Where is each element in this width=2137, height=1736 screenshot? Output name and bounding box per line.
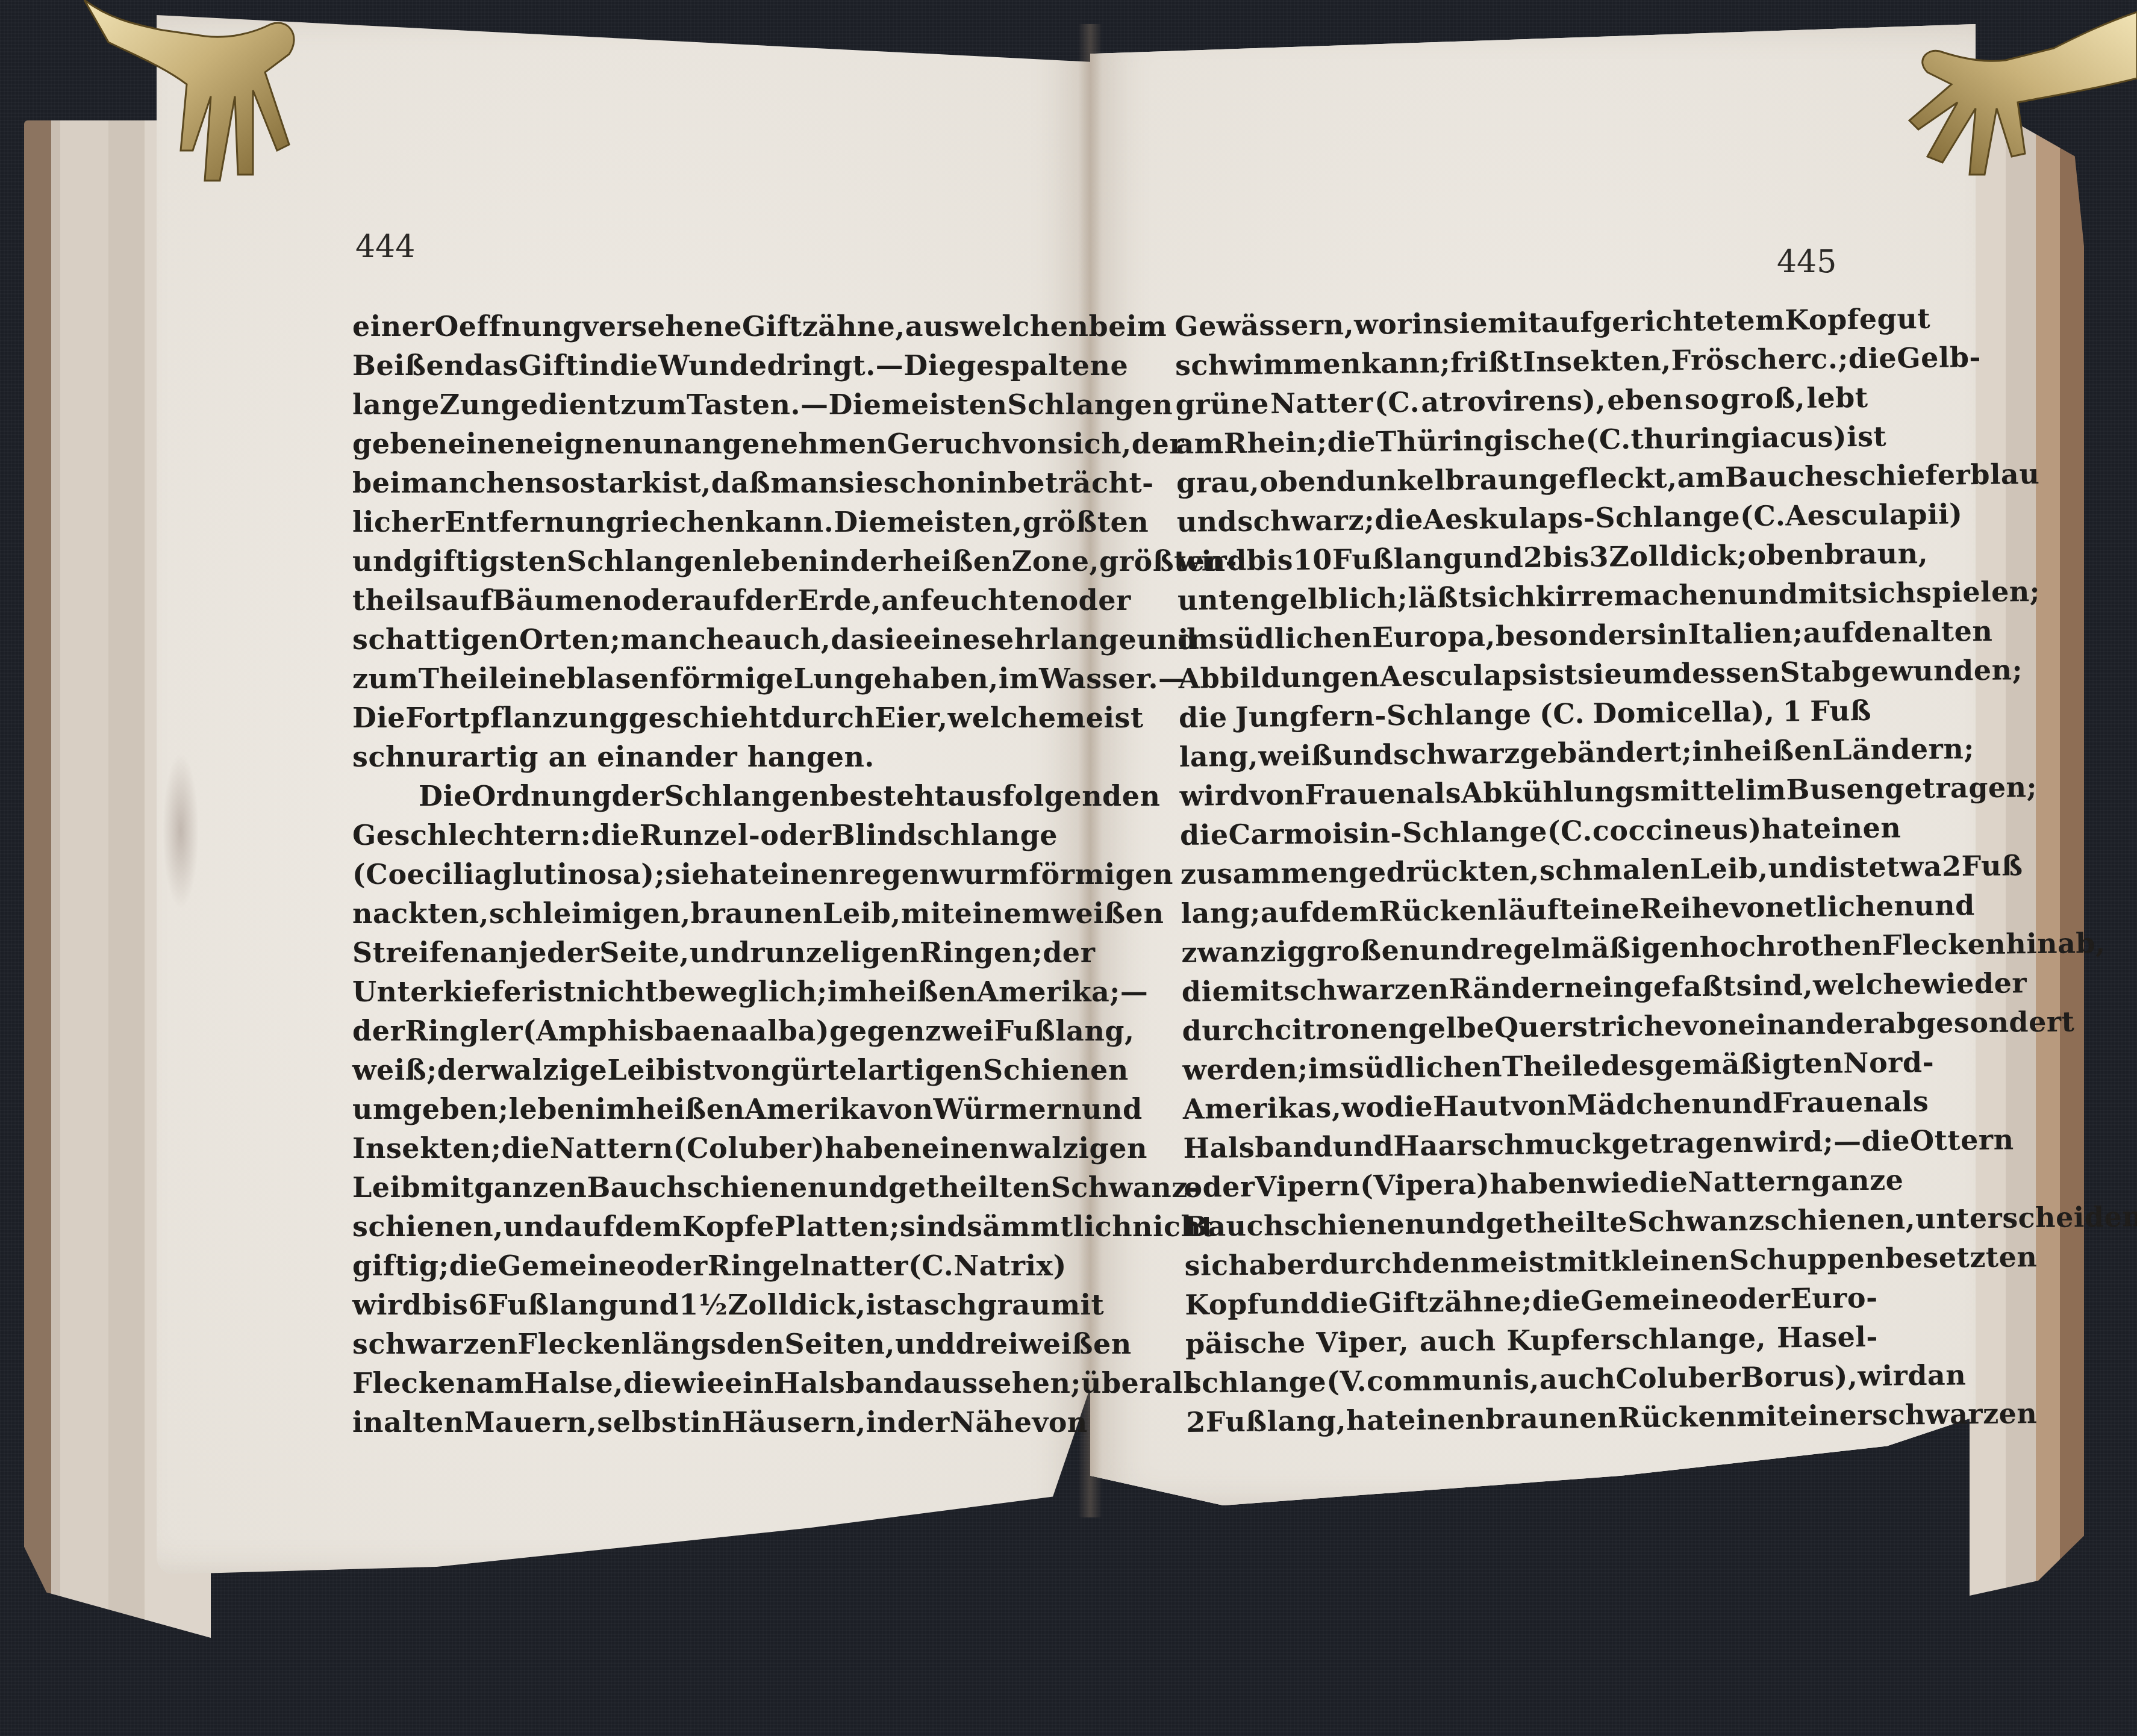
- text-line: DieFortpflanzunggeschiehtdurchEier,welch…: [352, 698, 1045, 738]
- text-line: DieOrdnungderSchlangenbestehtausfolgende…: [352, 777, 1045, 816]
- left-page-number: 444: [355, 229, 415, 265]
- text-line: (Coeciliaglutinosa);siehateinenregenwurm…: [352, 855, 1045, 894]
- text-line: schwarzenFleckenlängsdenSeiten,unddreiwe…: [352, 1325, 1045, 1364]
- text-line: BeißendasGiftindieWundedringt.—Diegespal…: [352, 346, 1045, 385]
- text-line: FleckenamHalse,diewieeinHalsbandaussehen…: [352, 1364, 1045, 1403]
- text-line: lang;aufdemRückenläufteineReihevonetlich…: [1181, 887, 1874, 933]
- text-line: undschwarz;dieAeskulaps-Schlange(C.Aescu…: [1176, 496, 1870, 542]
- text-line: zwanziggroßenundregelmäßigenhochrothenFl…: [1181, 926, 1874, 972]
- text-line: oderVipern(Vipera)habenwiedieNatternganz…: [1184, 1161, 1877, 1207]
- text-line: sichaberdurchdenmeistmitkleinenSchuppenb…: [1184, 1239, 1877, 1286]
- text-line: schattigenOrten;mancheauch,dasieeinesehr…: [352, 620, 1045, 659]
- text-line: HalsbandundHaarschmuckgetragenwird;—dieO…: [1183, 1122, 1876, 1168]
- text-line: werden;imsüdlichenTheiledesgemäßigtenNor…: [1182, 1044, 1876, 1090]
- text-line: dieJungfern-Schlange(C.Domicella),1Fuß: [1179, 691, 1872, 738]
- text-line: StreifenanjederSeite,undrunzeligenRingen…: [352, 933, 1045, 972]
- text-line: amRhein;dieThüringische(C.thuringiacus)i…: [1176, 417, 1869, 464]
- left-page-text: einerOeffnungverseheneGiftzähne,auswelch…: [352, 307, 1045, 1442]
- right-page-text: Gewässern,worinsiemitaufgerichtetemKopfe…: [1175, 300, 1879, 1442]
- text-line: derRingler(Amphisbaenaalba)gegenzweiFußl…: [352, 1012, 1045, 1051]
- text-line: schnurartig an einander hangen.: [352, 738, 1045, 777]
- text-line: KopfunddieGiftzähne;dieGemeineoderEuro-: [1185, 1278, 1878, 1325]
- text-line: einerOeffnungverseheneGiftzähne,auswelch…: [352, 307, 1045, 346]
- text-line: wirdbis10Fußlangund2bis3Zolldick;obenbra…: [1177, 535, 1870, 581]
- text-line: undgiftigstenSchlangenlebeninderheißenZo…: [352, 542, 1045, 581]
- text-line: schienen,undaufdemKopfePlatten;sindsämmt…: [352, 1207, 1045, 1246]
- text-line: diemitschwarzenRänderneingefaßtsind,welc…: [1182, 965, 1875, 1012]
- text-line: AbbildungenAesculapsistsieumdessenStabge…: [1178, 652, 1871, 698]
- text-line: langeZungedientzumTasten.—DiemeistenSchl…: [352, 385, 1045, 425]
- text-line: BauchschienenundgetheilteSchwanzschienen…: [1184, 1200, 1877, 1246]
- text-line: wirdvonFrauenalsAbkühlungsmittelimBuseng…: [1179, 770, 1873, 816]
- text-line: schlange(V.communis,auchColuberBorus),wi…: [1185, 1357, 1879, 1403]
- text-line: licherEntfernungriechenkann.Diemeisten,g…: [352, 503, 1045, 542]
- text-line: Gewässern,worinsiemitaufgerichtetemKopfe…: [1175, 300, 1868, 346]
- text-line: Unterkieferistnichtbeweglich;imheißenAme…: [352, 972, 1045, 1012]
- text-line: gebeneineneignenunangenehmenGeruchvonsic…: [352, 425, 1045, 464]
- text-line: 2Fußlang,hateinenbraunenRückenmiteinersc…: [1186, 1396, 1879, 1442]
- text-line: dieCarmoisin-Schlange(C.coccineus)hatein…: [1180, 809, 1873, 855]
- text-line: zumTheileineblasenförmigeLungehaben,imWa…: [352, 659, 1045, 698]
- text-line: imsüdlichenEuropa,besondersinItalien;auf…: [1178, 613, 1871, 659]
- text-line: grau,obendunkelbraungefleckt,amBauchesch…: [1176, 456, 1870, 503]
- text-line: lang,weißundschwarzgebändert;inheißenLän…: [1179, 730, 1872, 777]
- text-line: untengelblich;läßtsichkirremachenundmits…: [1178, 574, 1871, 620]
- text-line: umgeben;lebenimheißenAmerikavonWürmernun…: [352, 1090, 1045, 1129]
- text-line: grüneNatter(C.atrovirens),ebensogroß,leb…: [1175, 378, 1868, 425]
- text-line: durchcitronengelbeQuerstrichevoneinander…: [1182, 1004, 1875, 1051]
- text-line: inaltenMauern,selbstinHäusern,inderNähev…: [352, 1403, 1045, 1442]
- right-page-number: 445: [1777, 244, 1836, 280]
- text-line: giftig;dieGemeineoderRingelnatter(C.Natr…: [352, 1246, 1045, 1286]
- text-line: päischeViper,auchKupferschlange,Hasel-: [1185, 1318, 1879, 1364]
- brass-hand-clip-right-icon: [1837, 0, 2137, 181]
- text-line: nackten,schleimigen,braunenLeib,miteinem…: [352, 894, 1045, 933]
- text-line: zusammengedrückten,schmalenLeib,undistet…: [1181, 848, 1874, 894]
- text-line: weiß;derwalzigeLeibistvongürtelartigenSc…: [352, 1051, 1045, 1090]
- text-line: Geschlechtern:dieRunzel-oderBlindschlang…: [352, 816, 1045, 855]
- text-line: beimanchensostarkist,daßmansieschoninbet…: [352, 464, 1045, 503]
- brass-hand-clip-left-icon: [72, 0, 385, 193]
- text-line: schwimmenkann;frißtInsekten,Fröscherc.;d…: [1175, 339, 1868, 385]
- text-line: theilsaufBäumenoderaufderErde,anfeuchten…: [352, 581, 1045, 620]
- water-stain: [163, 753, 199, 909]
- text-line: LeibmitganzenBauchschienenundgetheiltenS…: [352, 1168, 1045, 1207]
- text-line: Insekten;dieNattern(Coluber)habeneinenwa…: [352, 1129, 1045, 1168]
- text-line: wirdbis6Fußlangund1½Zolldick,istaschgrau…: [352, 1286, 1045, 1325]
- text-line: Amerikas,wodieHautvonMädchenundFrauenals: [1183, 1083, 1876, 1129]
